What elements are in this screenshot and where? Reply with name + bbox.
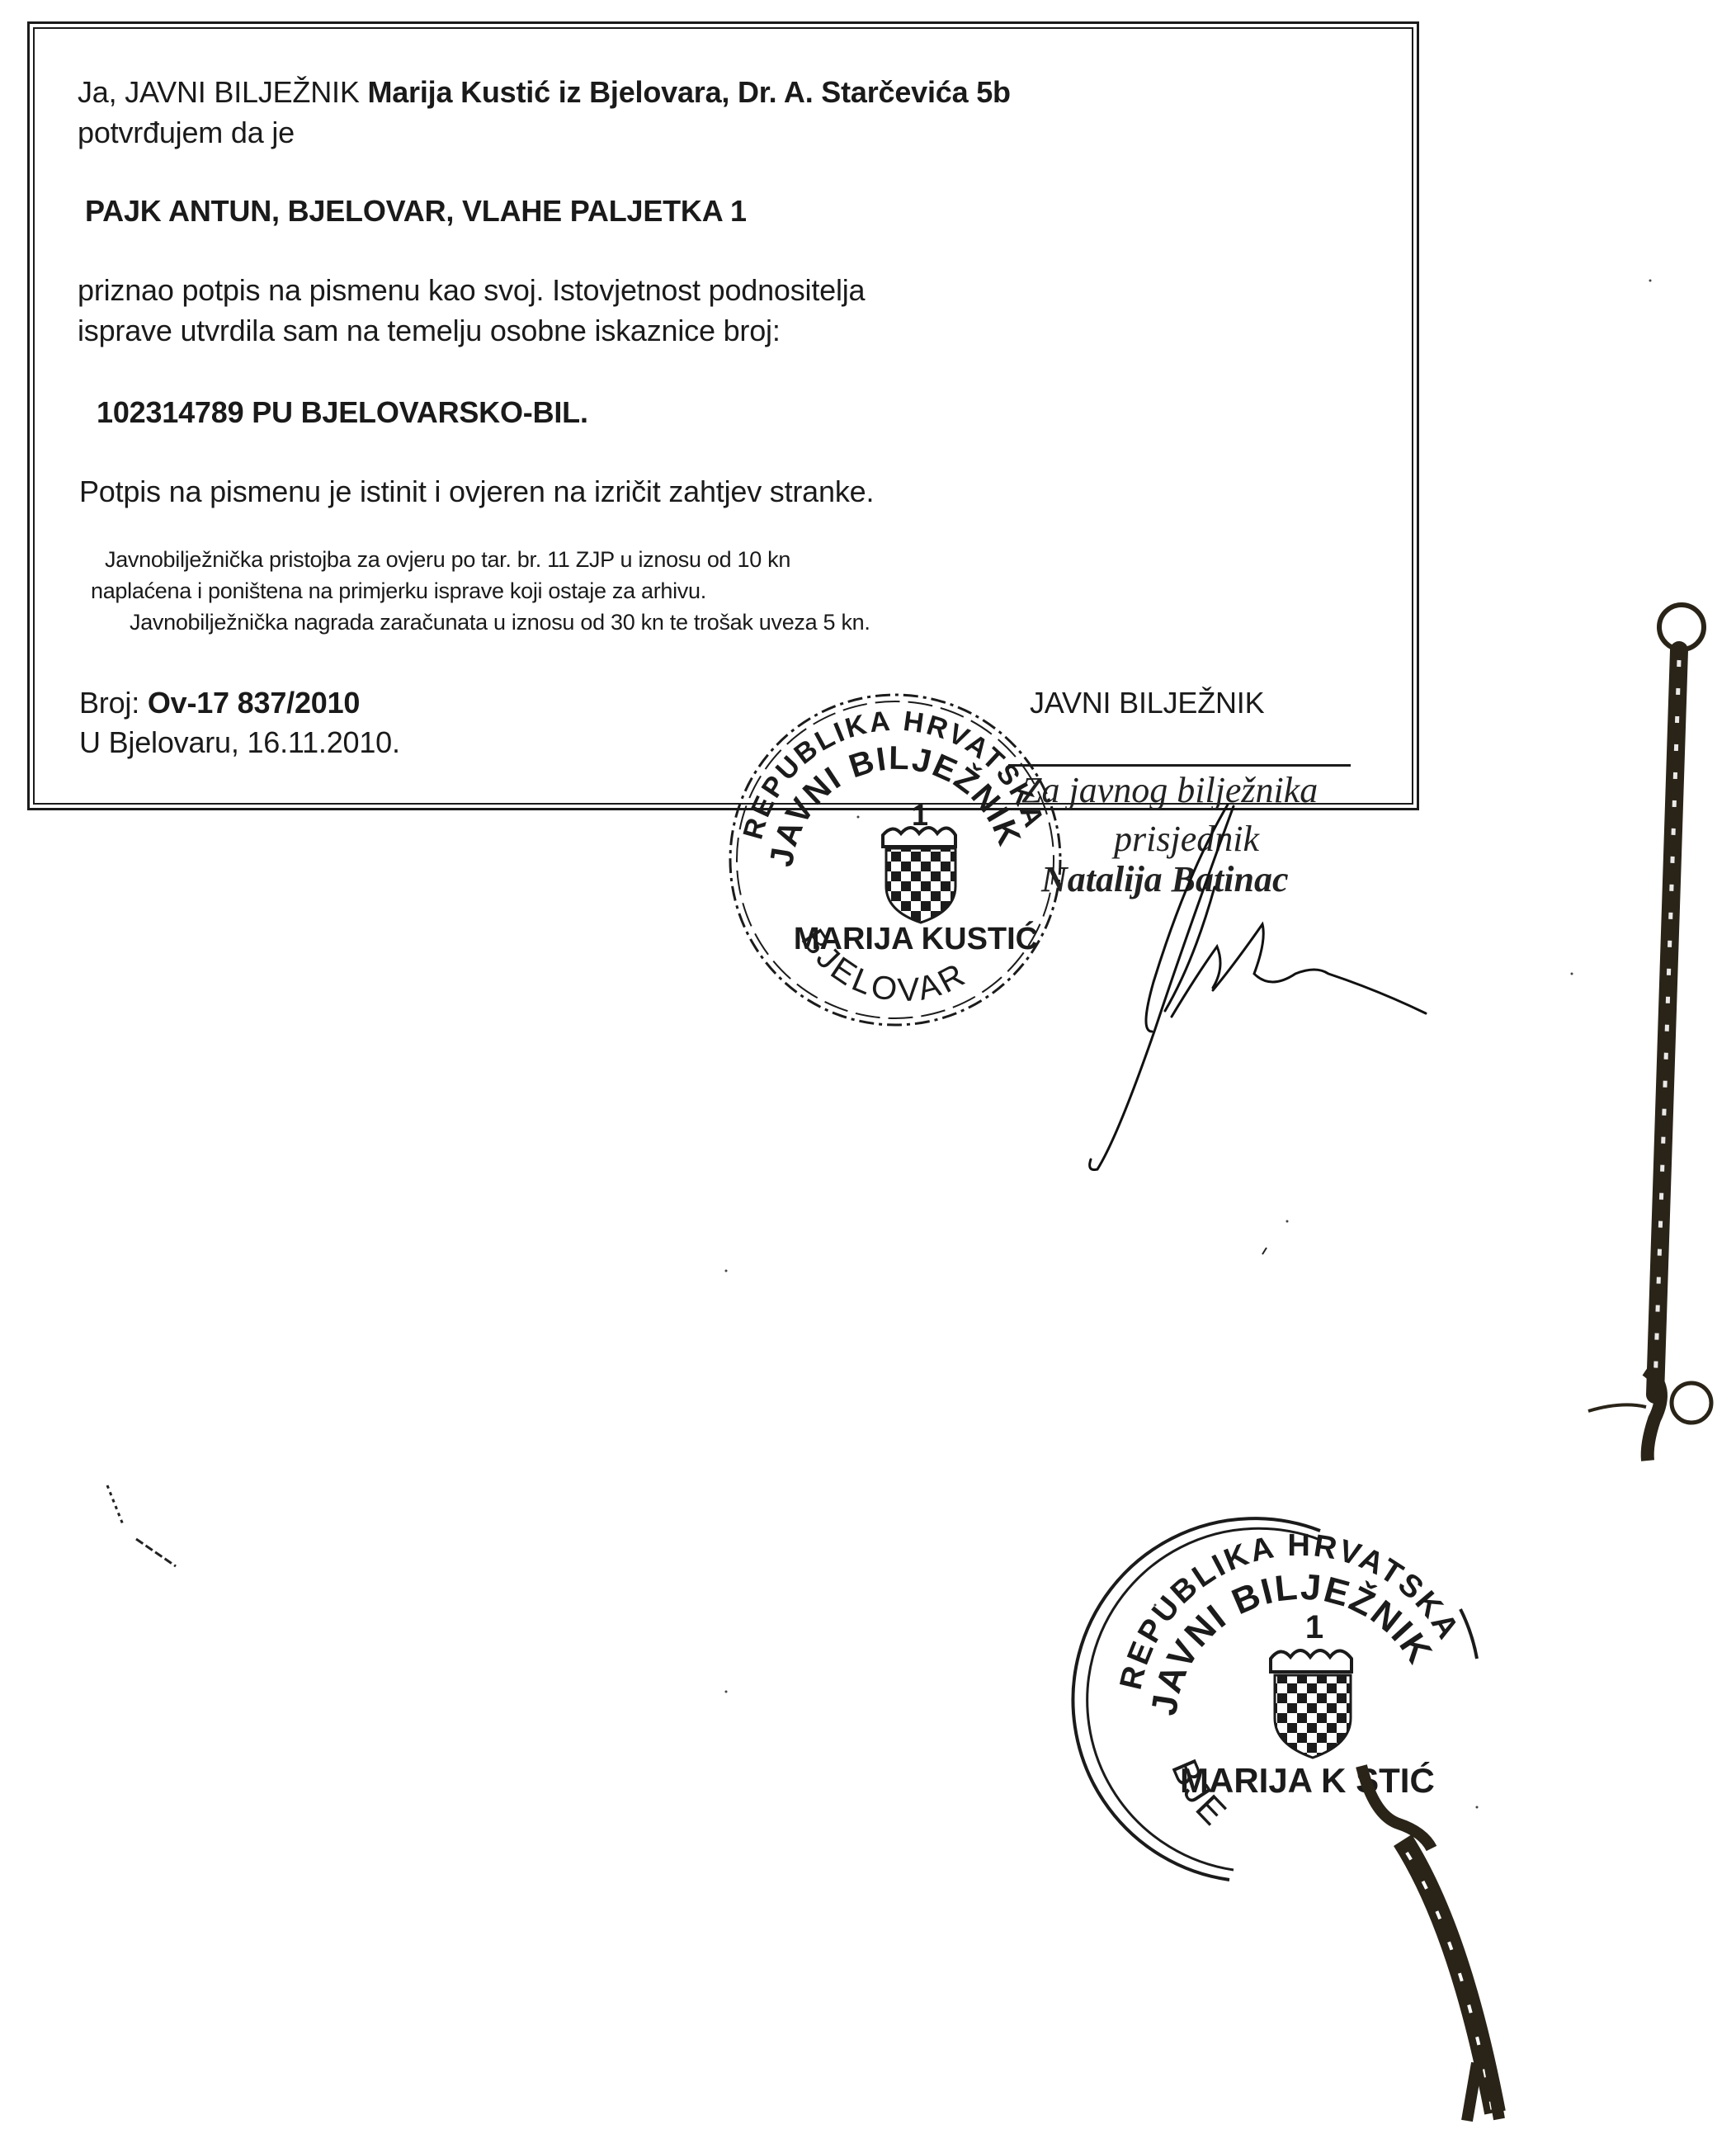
- binding-cord: [1588, 605, 1711, 1461]
- graphics-overlay: REPUBLIKA HRVATSKA JAVNI BILJEŽNIK 1 MAR…: [0, 0, 1736, 2148]
- croatian-coat-of-arms-icon: [883, 828, 955, 923]
- scan-marks: [107, 1248, 1267, 1566]
- cord-tassel: [1361, 1766, 1499, 2121]
- notary-stamp-1: REPUBLIKA HRVATSKA JAVNI BILJEŽNIK 1 MAR…: [730, 695, 1060, 1025]
- handwritten-signature: [1090, 805, 1426, 1170]
- croatian-coat-of-arms-icon: [1271, 1650, 1352, 1758]
- stamp-2-number: 1: [1305, 1609, 1323, 1645]
